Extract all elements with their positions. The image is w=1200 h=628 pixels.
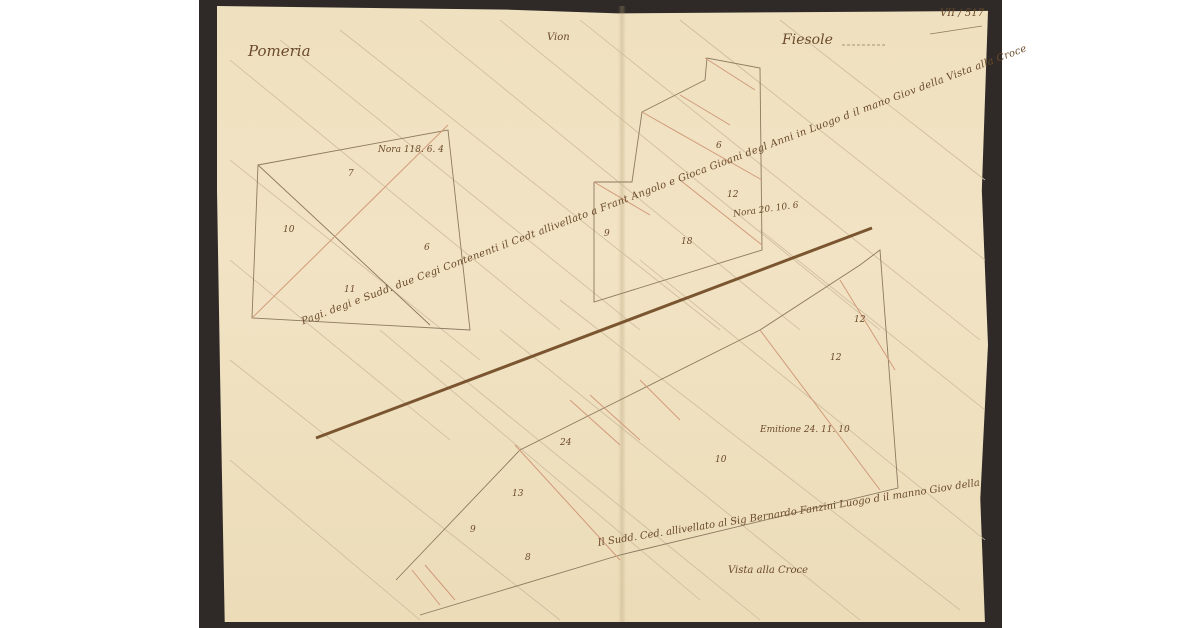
- red-lines-lower: [412, 280, 895, 605]
- catalog-number: VII / 517: [940, 8, 984, 19]
- svg-text:10: 10: [283, 225, 295, 235]
- svg-text:10: 10: [715, 455, 727, 465]
- svg-text:7: 7: [348, 169, 354, 179]
- svg-text:24: 24: [559, 438, 572, 448]
- svg-text:12: 12: [854, 315, 866, 325]
- svg-text:12: 12: [727, 190, 739, 200]
- svg-text:9: 9: [470, 525, 476, 535]
- header-center-label: Vion: [547, 32, 570, 43]
- svg-text:6: 6: [424, 243, 430, 253]
- survey-drawing: 7 10 6 11 6 12 9 18 12 10 12 13 8 9 24: [0, 0, 1200, 628]
- svg-text:9: 9: [604, 229, 610, 239]
- header-left-label: Pomeria: [248, 42, 311, 60]
- svg-text:18: 18: [681, 237, 693, 247]
- catalog-underline: [930, 26, 982, 34]
- svg-text:6: 6: [716, 141, 722, 151]
- header-right-label: Fiesole: [782, 32, 833, 48]
- bottom-caption-line2: Vista alla Croce: [728, 565, 808, 576]
- svg-text:11: 11: [344, 285, 355, 295]
- svg-text:8: 8: [525, 553, 531, 563]
- svg-text:13: 13: [512, 489, 524, 499]
- area-label-left: Nora 118. 6. 4: [378, 145, 444, 155]
- svg-text:12: 12: [830, 353, 842, 363]
- area-label-lower: Emitione 24. 11. 10: [760, 425, 850, 435]
